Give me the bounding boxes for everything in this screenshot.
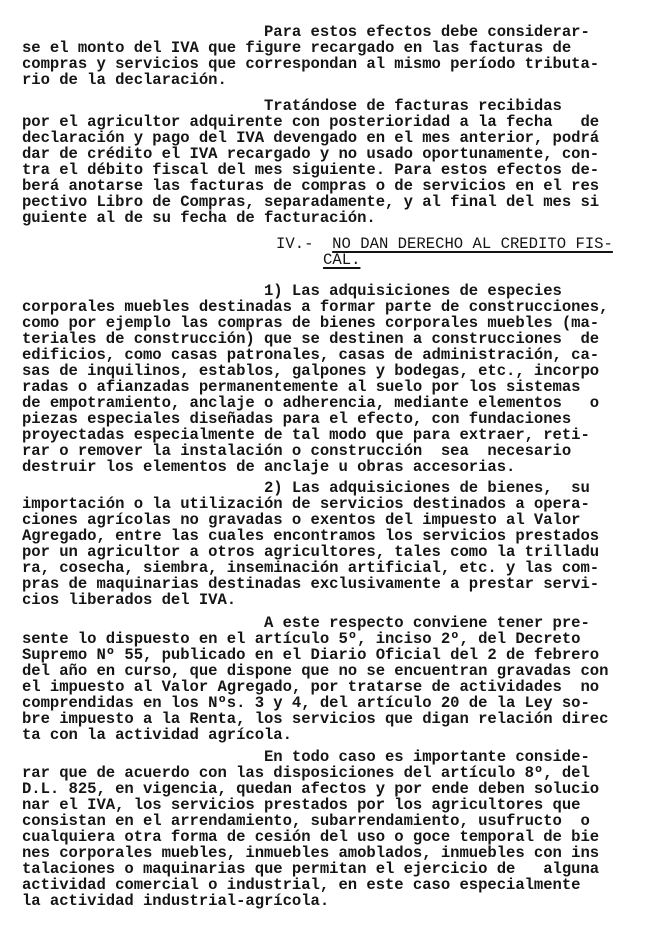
text-line: Agregado, entre las cuales encontramos l… [22, 528, 599, 544]
text-line: rio de la declaración. [22, 72, 227, 88]
text-line: edificios, como casas patronales, casas … [22, 347, 599, 363]
section-number: IV.- [276, 235, 313, 253]
text-line: la actividad industrial-agrícola. [22, 893, 329, 909]
text-line: ra, cosecha, siembra, inseminación artif… [22, 560, 599, 576]
text-line: 1) Las adquisiciones de especies [22, 283, 562, 299]
text-line: comprendidas en los Nºs. 3 y 4, del artí… [22, 695, 590, 711]
text-line: A este respecto conviene tener pre- [22, 615, 590, 631]
text-line: nes corporales muebles, inmuebles amobla… [22, 845, 599, 861]
section-heading-line2: CAL. [323, 252, 360, 268]
text-line: Supremo Nº 55, publicado en el Diario Of… [22, 647, 599, 663]
text-line: del año en curso, que dispone que no se … [22, 663, 608, 679]
text-line: destruir los elementos de anclaje u obra… [22, 459, 515, 475]
text-line: se el monto del IVA que figure recargado… [22, 40, 571, 56]
text-line: teriales de construcción) que se destine… [22, 331, 599, 347]
text-line: berá anotarse las facturas de compras o … [22, 178, 599, 194]
section-title-cont: CAL. [323, 251, 360, 269]
text-line: Para estos efectos debe considerar- [22, 24, 590, 40]
text-line: guiente al de su fecha de facturación. [22, 210, 376, 226]
text-line: por un agricultor a otros agricultores, … [22, 544, 599, 560]
text-line: bre impuesto a la Renta, los servicios q… [22, 711, 608, 727]
text-line: pras de maquinarias destinadas exclusiva… [22, 576, 599, 592]
text-line: radas o afianzadas permanentemente al su… [22, 379, 580, 395]
text-line: dar de crédito el IVA recargado y no usa… [22, 146, 599, 162]
text-line: actividad comercial o industrial, en est… [22, 877, 580, 893]
section-title: NO DAN DERECHO AL CREDITO FIS- [332, 235, 613, 253]
text-line: por el agricultor adquirente con posteri… [22, 114, 599, 130]
text-line: piezas especiales diseñadas para el efec… [22, 411, 571, 427]
text-line: Tratándose de facturas recibidas [22, 98, 562, 114]
text-line: proyectadas especialmente de tal modo qu… [22, 427, 590, 443]
text-line: sas de inquilinos, establos, galpones y … [22, 363, 599, 379]
text-line: ta con la actividad agrícola. [22, 727, 292, 743]
text-line: importación o la utilización de servicio… [22, 496, 590, 512]
text-line: como por ejemplo las compras de bienes c… [22, 315, 599, 331]
text-line: corporales muebles destinadas a formar p… [22, 299, 608, 315]
document-page: Para estos efectos debe considerar- se e… [0, 0, 646, 926]
section-heading-line1: IV.- NO DAN DERECHO AL CREDITO FIS- [276, 236, 613, 252]
text-line: rar que de acuerdo con las disposiciones… [22, 765, 590, 781]
text-line: pectivo Libro de Compras, separadamente,… [22, 194, 599, 210]
text-line: ciones agrícolas no gravadas o exentos d… [22, 512, 580, 528]
text-line: rar o remover la instalación o construcc… [22, 443, 571, 459]
text-line: consistan en el arrendamiento, subarrend… [22, 813, 590, 829]
text-line: 2) Las adquisiciones de bienes, su [22, 480, 590, 496]
text-line: cualquiera otra forma de cesión del uso … [22, 829, 599, 845]
text-line: En todo caso es importante conside- [22, 749, 590, 765]
text-line: el impuesto al Valor Agregado, por trata… [22, 679, 599, 695]
text-line: tra el débito fiscal del mes siguiente. … [22, 162, 599, 178]
text-line: D.L. 825, en vigencia, quedan afectos y … [22, 781, 599, 797]
text-line: talaciones o maquinarias que permitan el… [22, 861, 599, 877]
text-line: nar el IVA, los servicios prestados por … [22, 797, 580, 813]
text-line: sente lo dispuesto en el artículo 5º, in… [22, 631, 580, 647]
text-line: declaración y pago del IVA devengado en … [22, 130, 599, 146]
text-line: cios liberados del IVA. [22, 592, 236, 608]
text-line: de empotramiento, anclaje o adherencia, … [22, 395, 599, 411]
text-line: compras y servicios que correspondan al … [22, 56, 599, 72]
